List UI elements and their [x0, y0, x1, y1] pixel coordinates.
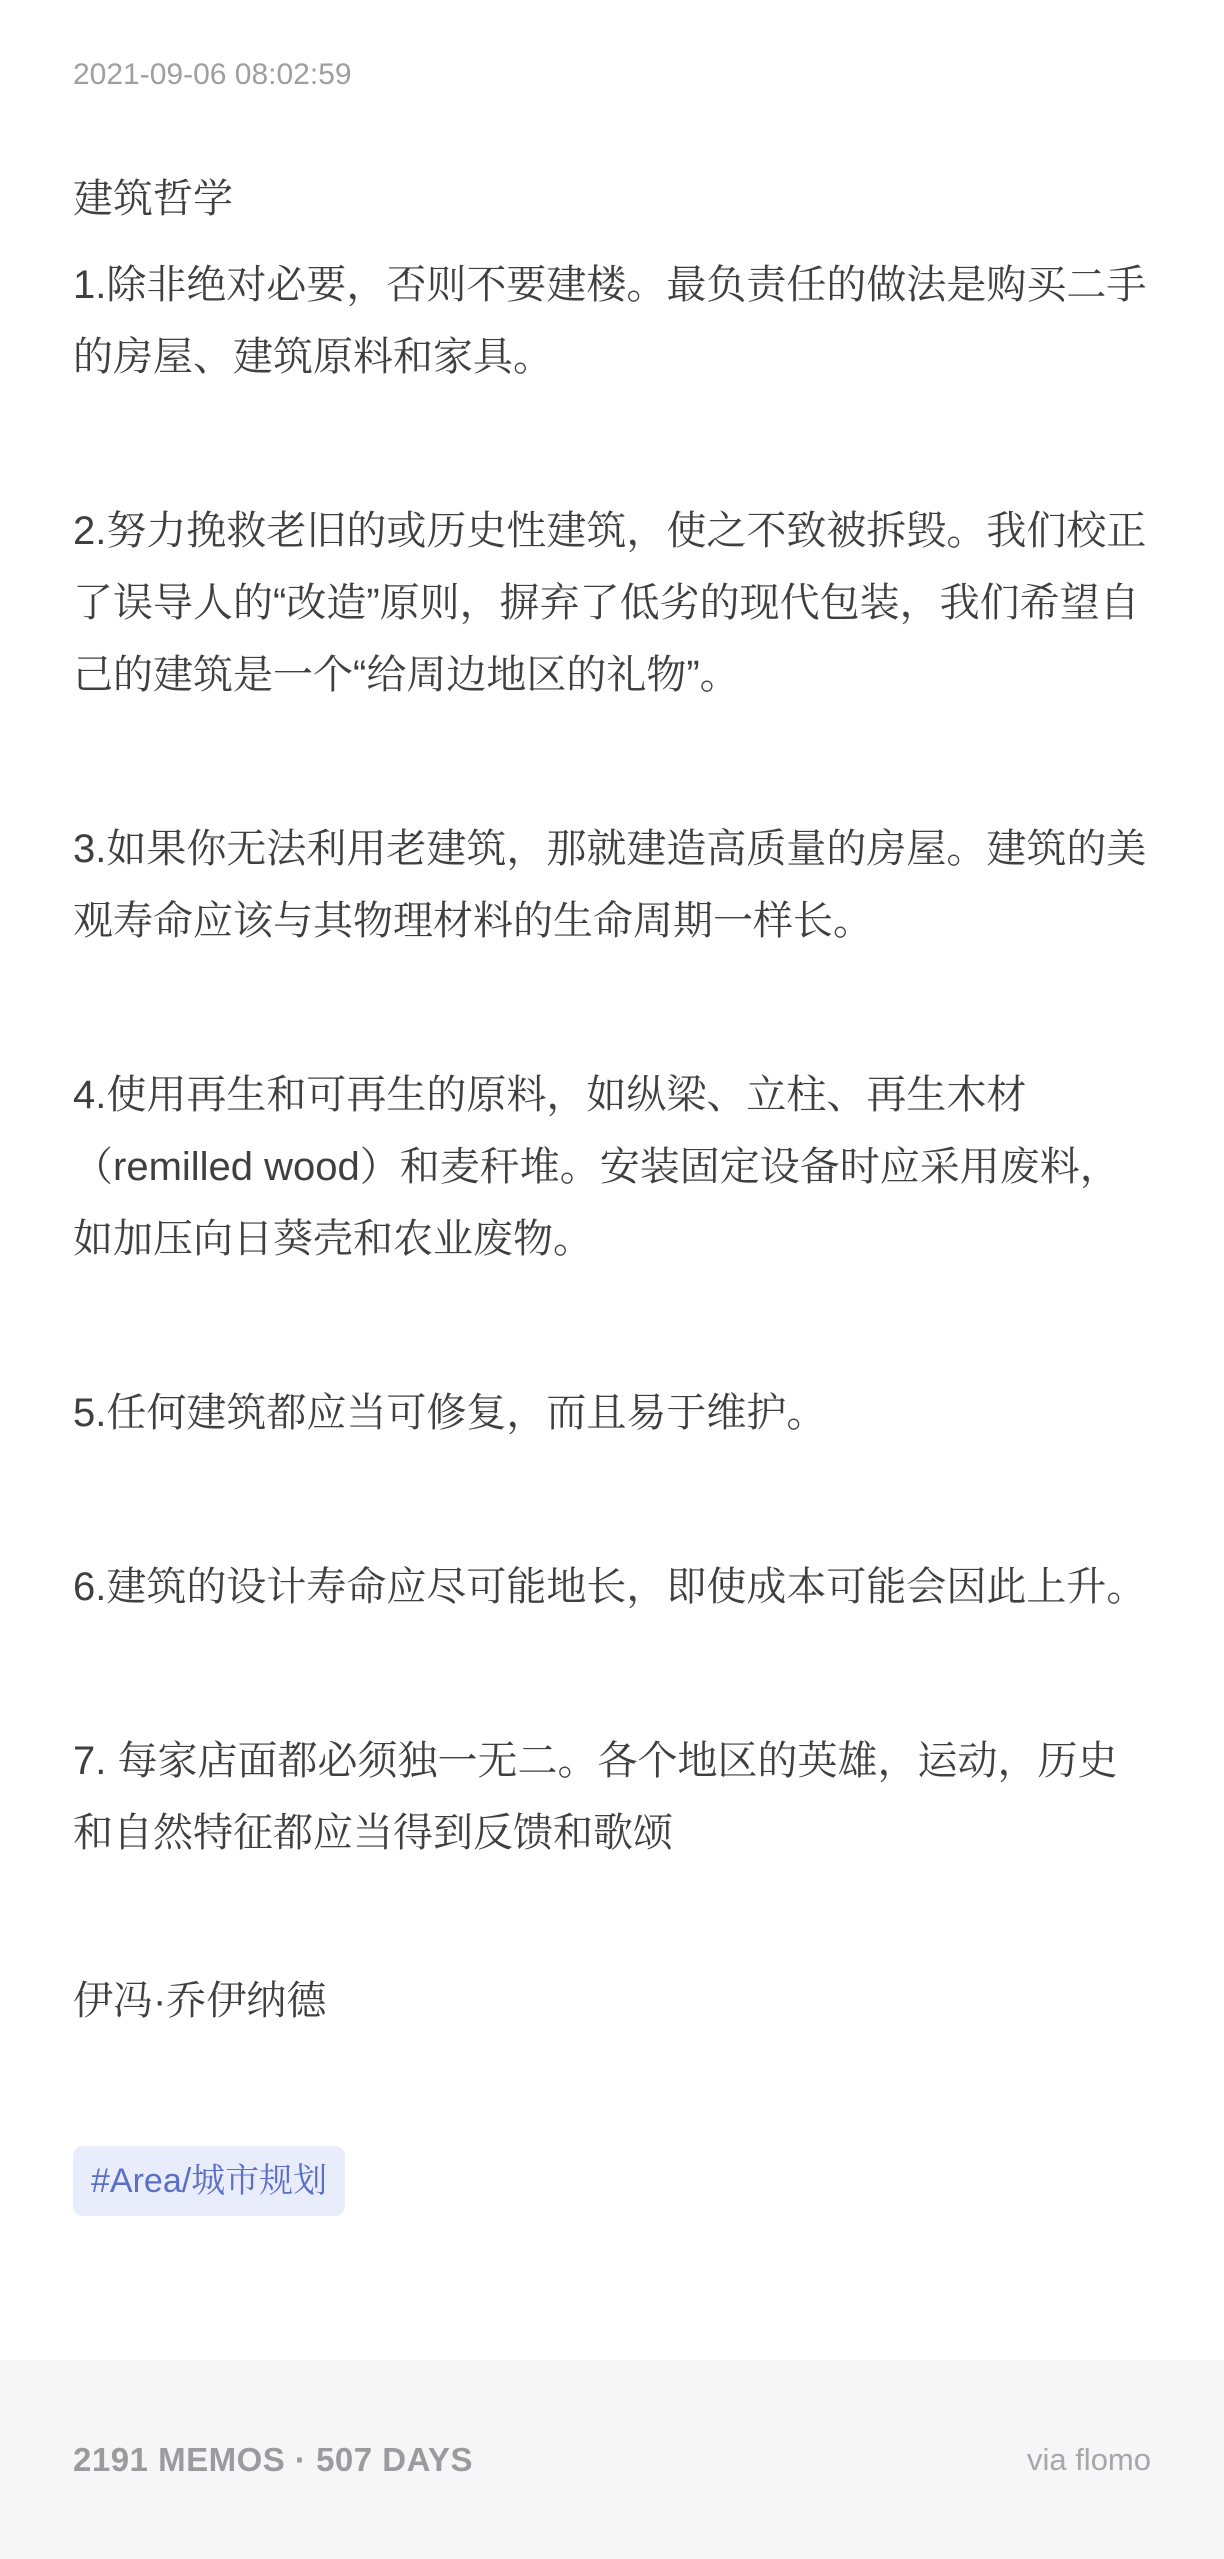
- footer-bar: 2191 MEMOS · 507 DAYS via flomo: [0, 2360, 1224, 2559]
- memo-tag[interactable]: #Area/城市规划: [73, 2146, 345, 2216]
- memo-paragraph: 6.建筑的设计寿命应尽可能地长，即使成本可能会因此上升。: [73, 1551, 1151, 1623]
- memo-paragraph: 5.任何建筑都应当可修复，而且易于维护。: [73, 1377, 1151, 1449]
- tag-row: #Area/城市规划: [73, 2143, 1151, 2216]
- memo-paragraph: 2.努力挽救老旧的或历史性建筑，使之不致被拆毁。我们校正了误导人的“改造”原则，…: [73, 495, 1151, 711]
- memo-author: 伊冯·乔伊纳德: [73, 1965, 1151, 2037]
- memo-title: 建筑哲学: [73, 163, 1151, 235]
- memo-paragraph: 7. 每家店面都必须独一无二。各个地区的英雄，运动，历史和自然特征都应当得到反馈…: [73, 1725, 1151, 1869]
- memo-paragraph: 4.使用再生和可再生的原料，如纵梁、立柱、再生木材（remilled wood）…: [73, 1059, 1151, 1275]
- memo-share-page: 2021-09-06 08:02:59 建筑哲学 1.除非绝对必要，否则不要建楼…: [0, 0, 1224, 2559]
- memo-paragraph-list: 1.除非绝对必要，否则不要建楼。最负责任的做法是购买二手的房屋、建筑原料和家具。…: [73, 249, 1151, 1869]
- footer-stats: 2191 MEMOS · 507 DAYS: [73, 2441, 473, 2479]
- memo-paragraph: 1.除非绝对必要，否则不要建楼。最负责任的做法是购买二手的房屋、建筑原料和家具。: [73, 249, 1151, 393]
- memo-paragraph: 3.如果你无法利用老建筑，那就建造高质量的房屋。建筑的美观寿命应该与其物理材料的…: [73, 813, 1151, 957]
- footer-attribution: via flomo: [1027, 2442, 1151, 2478]
- memo-timestamp: 2021-09-06 08:02:59: [73, 52, 1151, 97]
- memo-content: 建筑哲学 1.除非绝对必要，否则不要建楼。最负责任的做法是购买二手的房屋、建筑原…: [73, 163, 1151, 2216]
- memo-card: 2021-09-06 08:02:59 建筑哲学 1.除非绝对必要，否则不要建楼…: [0, 0, 1224, 2360]
